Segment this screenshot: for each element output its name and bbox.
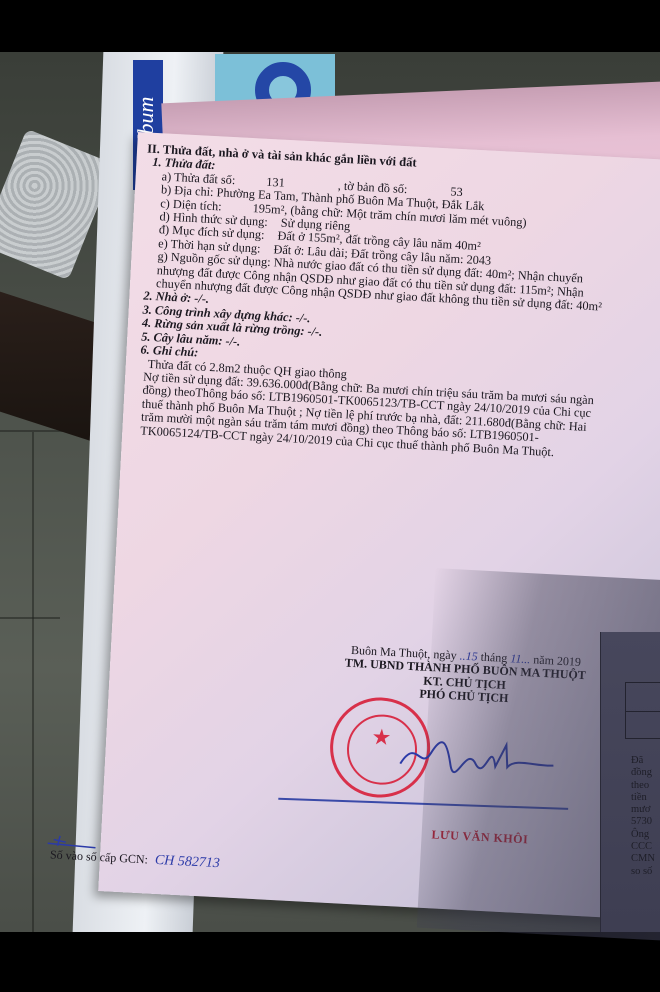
signature-underline <box>278 798 568 810</box>
side-line: Ông <box>631 829 660 841</box>
side-line: 5730 <box>631 816 660 828</box>
registry-value: CH 582713 <box>155 853 221 871</box>
side-text: Đã đồng theo tiền mươ 5730 Ông CCC CMN s… <box>631 755 660 878</box>
handwritten-signature <box>395 731 557 779</box>
side-line: CMN <box>631 853 660 865</box>
side-line: đồng <box>631 767 660 779</box>
side-table-cell <box>625 712 660 739</box>
side-line: theo <box>631 780 660 792</box>
signer-name: LƯU VĂN KHÔI <box>431 828 528 846</box>
side-line: Đã <box>631 755 660 767</box>
side-line: so số <box>631 866 660 878</box>
side-line: mươ <box>631 804 660 816</box>
dark-object <box>0 292 95 443</box>
item-value: -/-. <box>225 334 240 349</box>
document-body: II. Thửa đất, nhà ở và tài sản khác gắn … <box>132 143 617 462</box>
floor-tile-line <box>32 432 34 932</box>
side-line: tiền <box>631 792 660 804</box>
land-certificate-page: II. Thửa đất, nhà ở và tài sản khác gắn … <box>98 132 660 920</box>
side-table-cell <box>625 682 660 712</box>
map-number: 53 <box>450 184 463 199</box>
floor-tile-line <box>0 617 60 619</box>
side-document: Đã đồng theo tiền mươ 5730 Ông CCC CMN s… <box>600 632 660 932</box>
side-line: CCC <box>631 841 660 853</box>
item-value: -/-. <box>307 324 322 339</box>
star-emblem-icon: ★ <box>371 730 391 744</box>
